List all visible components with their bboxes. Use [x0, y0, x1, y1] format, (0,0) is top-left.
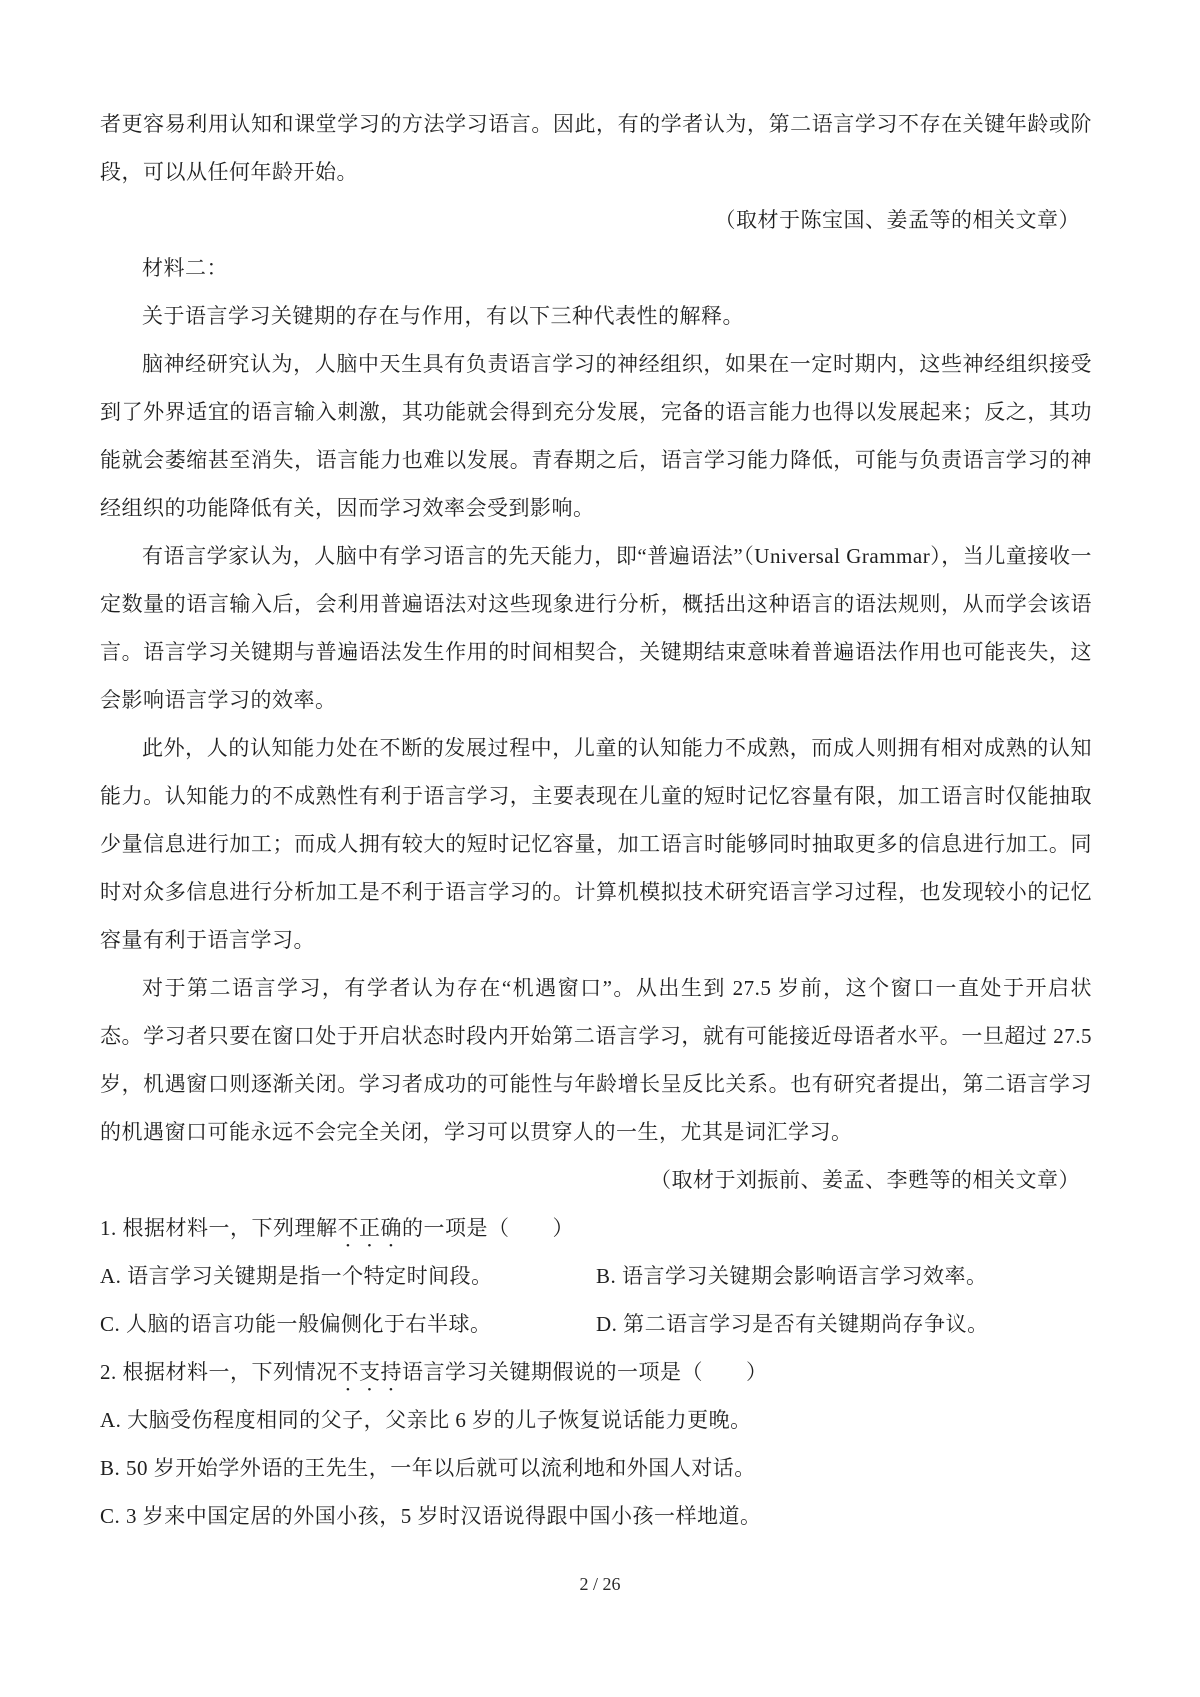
material-2-paragraph: 对于第二语言学习，有学者认为存在“机遇窗口”。从出生到 27.5 岁前，这个窗口…: [100, 964, 1092, 1156]
question-1-suffix: 的一项是（ ）: [402, 1216, 574, 1240]
question-1-option-a: A. 语言学习关键期是指一个特定时间段。: [100, 1252, 596, 1300]
question-1-option-c: C. 人脑的语言功能一般偏侧化于右半球。: [100, 1300, 596, 1348]
question-1-emphasized-word: 不正确: [338, 1216, 403, 1240]
material-2-paragraph: 此外，人的认知能力处在不断的发展过程中，儿童的认知能力不成熟，而成人则拥有相对成…: [100, 724, 1092, 964]
page-number: 2 / 26: [0, 1572, 1200, 1596]
question-1-prefix: 1. 根据材料一，下列理解: [100, 1216, 338, 1240]
question-1-option-b: B. 语言学习关键期会影响语言学习效率。: [596, 1252, 1092, 1300]
attribution-material-1: （取材于陈宝国、姜孟等的相关文章）: [100, 196, 1092, 244]
material-2-paragraph: 脑神经研究认为，人脑中天生具有负责语言学习的神经组织，如果在一定时期内，这些神经…: [100, 340, 1092, 532]
question-2-options: A. 大脑受伤程度相同的父子，父亲比 6 岁的儿子恢复说话能力更晚。 B. 50…: [100, 1396, 1092, 1540]
question-2-option-a: A. 大脑受伤程度相同的父子，父亲比 6 岁的儿子恢复说话能力更晚。: [100, 1396, 1092, 1444]
document-page: 者更容易利用认知和课堂学习的方法学习语言。因此，有的学者认为，第二语言学习不存在…: [0, 0, 1200, 1697]
question-1-options: A. 语言学习关键期是指一个特定时间段。 B. 语言学习关键期会影响语言学习效率…: [100, 1252, 1092, 1348]
page-content: 者更容易利用认知和课堂学习的方法学习语言。因此，有的学者认为，第二语言学习不存在…: [100, 100, 1092, 1540]
material-2-paragraph: 关于语言学习关键期的存在与作用，有以下三种代表性的解释。: [100, 292, 1092, 340]
question-2-option-c: C. 3 岁来中国定居的外国小孩，5 岁时汉语说得跟中国小孩一样地道。: [100, 1492, 1092, 1540]
question-2-stem: 2. 根据材料一，下列情况不支持语言学习关键期假说的一项是（ ）: [100, 1348, 1092, 1396]
question-1-option-d: D. 第二语言学习是否有关键期尚存争议。: [596, 1300, 1092, 1348]
question-1-stem: 1. 根据材料一，下列理解不正确的一项是（ ）: [100, 1204, 1092, 1252]
material-2-label: 材料二：: [100, 244, 1092, 292]
question-2-prefix: 2. 根据材料一，下列情况: [100, 1360, 338, 1384]
question-2-suffix: 语言学习关键期假说的一项是（ ）: [402, 1360, 768, 1384]
attribution-material-2: （取材于刘振前、姜孟、李甦等的相关文章）: [100, 1156, 1092, 1204]
continuation-paragraph: 者更容易利用认知和课堂学习的方法学习语言。因此，有的学者认为，第二语言学习不存在…: [100, 100, 1092, 196]
question-2-emphasized-word: 不支持: [338, 1360, 403, 1384]
question-2-option-b: B. 50 岁开始学外语的王先生，一年以后就可以流利地和外国人对话。: [100, 1444, 1092, 1492]
material-2-paragraph: 有语言学家认为，人脑中有学习语言的先天能力，即“普遍语法”（Universal …: [100, 532, 1092, 724]
